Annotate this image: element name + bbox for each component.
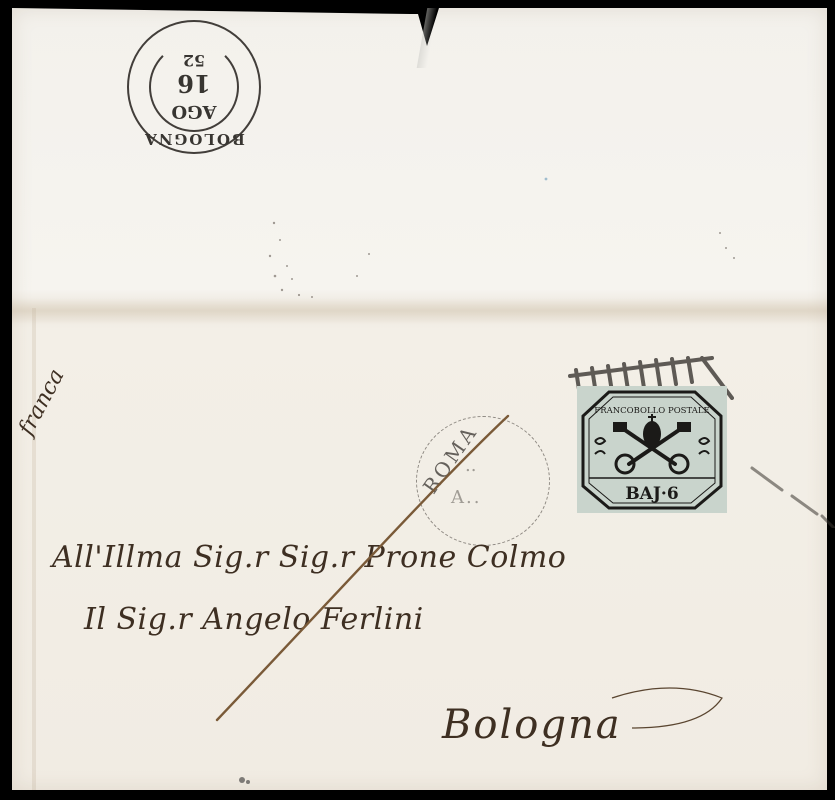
- postmark-day: 16: [129, 69, 259, 98]
- flap-edge: [32, 308, 36, 790]
- stamp-inscription: FRANCOBOLLO POSTALE: [594, 406, 709, 416]
- address-line-1: All'Illma Sig.r Sig.r Prone Colmo: [52, 540, 566, 575]
- destination-city: Bologna: [442, 702, 622, 748]
- postmark-month: A..: [451, 487, 481, 508]
- roma-postmark: ROMA .. A..: [416, 416, 550, 546]
- horizontal-fold: [12, 298, 827, 324]
- postmark-date: ..: [465, 455, 476, 476]
- folded-letter: BOLOGNA AGO 16 52 ROMA .. A..: [12, 8, 827, 790]
- cancel-smudge: [722, 428, 835, 528]
- stamp-value: BAJ·6: [625, 484, 678, 504]
- postmark-month: AGO: [129, 101, 259, 122]
- address-line-2: Il Sig.r Angelo Ferlini: [84, 602, 424, 637]
- postmark-year: 52: [129, 51, 259, 70]
- postage-stamp: FRANCOBOLLO POSTALE BAJ·6: [577, 386, 727, 513]
- bologna-postmark: BOLOGNA AGO 16 52: [127, 20, 261, 154]
- postmark-city: BOLOGNA: [129, 130, 259, 148]
